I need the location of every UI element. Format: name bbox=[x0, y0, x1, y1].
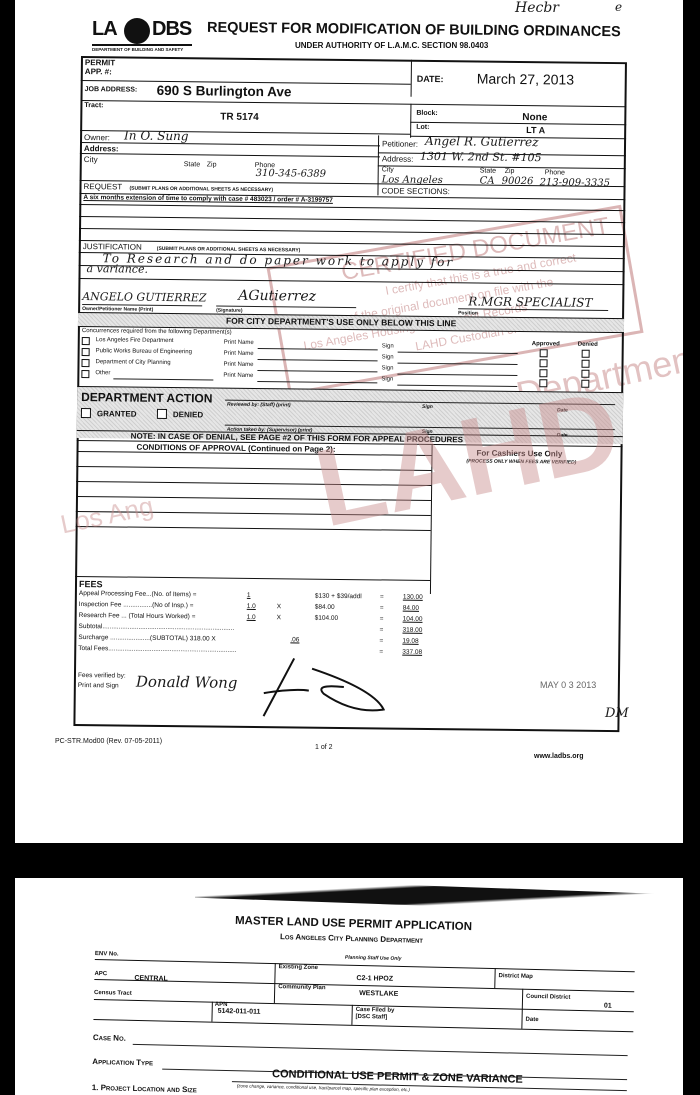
lot-label: Lot: bbox=[416, 124, 429, 131]
census-tract-label: Census Tract bbox=[94, 990, 132, 997]
case-no-label: Case No. bbox=[93, 1033, 126, 1043]
owner-zip-label: Zip bbox=[207, 161, 217, 168]
planning-department-subtitle: Los Angeles City Planning Department bbox=[280, 932, 423, 945]
denied-header: Denied bbox=[578, 342, 598, 348]
logo-la-text: LA bbox=[92, 18, 117, 41]
permit-label: PERMIT bbox=[85, 58, 115, 67]
fee-quantity[interactable]: .06 bbox=[290, 636, 299, 643]
verifier-signature-scrawl bbox=[254, 648, 395, 720]
code-sections-label: CODE SECTIONS: bbox=[381, 186, 450, 196]
job-address-label: JOB ADDRESS: bbox=[85, 86, 138, 94]
fee-rate: $130 + $39/addl bbox=[315, 593, 362, 601]
tract-label: Tract: bbox=[84, 102, 103, 109]
website-link[interactable]: www.ladbs.org bbox=[534, 753, 584, 760]
granted-checkbox[interactable] bbox=[81, 408, 91, 418]
denied-action-label: DENIED bbox=[173, 410, 203, 419]
fee-amount[interactable]: 130.00 bbox=[403, 594, 423, 601]
apc-label: APC bbox=[94, 971, 107, 977]
sign-label: Sign bbox=[382, 354, 394, 360]
justification-label: JUSTIFICATION bbox=[83, 242, 142, 252]
staff-only-label: Planning Staff Use Only bbox=[345, 955, 402, 962]
logo-subtitle: DEPARTMENT OF BUILDING AND SAFETY bbox=[92, 44, 192, 52]
date-label: DATE: bbox=[417, 74, 444, 84]
page-number: 1 of 2 bbox=[315, 744, 333, 751]
concurrence-checkbox[interactable] bbox=[82, 348, 90, 356]
city-seal-icon bbox=[124, 18, 150, 44]
owner-address-label: Address: bbox=[84, 144, 119, 153]
denied-checkbox[interactable] bbox=[581, 360, 589, 368]
request-label: REQUEST bbox=[83, 182, 122, 191]
print-name-label: Print Name bbox=[224, 340, 254, 346]
owner-city-label: City bbox=[84, 155, 98, 164]
petitioner-zip-label: Zip bbox=[505, 168, 515, 175]
fee-operator: X bbox=[277, 603, 281, 610]
fee-equals: = bbox=[380, 604, 384, 611]
fee-equals: = bbox=[379, 637, 383, 644]
lot-value[interactable]: LT A bbox=[526, 125, 545, 135]
petitioner-state-label: State bbox=[480, 168, 496, 175]
document-page-2: MASTER LAND USE PERMIT APPLICATION Los A… bbox=[15, 878, 683, 1095]
fee-label: Inspection Fee ................(No of In… bbox=[79, 601, 194, 609]
handwritten-mark: e bbox=[615, 0, 622, 14]
denied-checkbox[interactable] bbox=[582, 350, 590, 358]
district-map-label: District Map bbox=[498, 973, 532, 980]
section-1-heading: 1. Project Location and Size bbox=[92, 1083, 197, 1094]
sign-label: Sign bbox=[382, 343, 394, 349]
block-label: Block: bbox=[416, 110, 437, 117]
approved-checkbox[interactable] bbox=[539, 359, 547, 367]
department-action-label: DEPARTMENT ACTION bbox=[81, 390, 212, 405]
fees-verified-label: Fees verified by: bbox=[78, 672, 126, 680]
community-plan-value[interactable]: WESTLAKE bbox=[359, 990, 398, 998]
approved-checkbox[interactable] bbox=[540, 349, 548, 357]
scan-smear bbox=[195, 878, 675, 914]
department-name: Other bbox=[95, 370, 110, 376]
approved-header: Approved bbox=[532, 341, 560, 347]
denied-action-checkbox[interactable] bbox=[157, 409, 167, 419]
fees-verified-signature[interactable]: Donald Wong bbox=[136, 673, 238, 692]
document-page-1: Hecbr e LA DBS DEPARTMENT OF BUILDING AN… bbox=[15, 0, 683, 843]
owner-state-label: State bbox=[184, 161, 200, 168]
petitioner-phone-value[interactable]: 213-909-3335 bbox=[540, 177, 611, 189]
land-use-header-table: ENV No. Planning Staff Use Only Existing… bbox=[93, 951, 635, 1053]
fee-quantity[interactable]: 1 bbox=[247, 592, 251, 599]
logo-dbs-text: DBS bbox=[152, 18, 191, 41]
fee-quantity[interactable]: 1.0 bbox=[247, 614, 256, 621]
fees-title: FEES bbox=[79, 579, 103, 589]
date-value[interactable]: March 27, 2013 bbox=[477, 70, 574, 87]
fee-equals: = bbox=[379, 626, 383, 633]
owner-label: Owner: bbox=[84, 133, 110, 142]
form-subtitle: UNDER AUTHORITY OF L.A.M.C. SECTION 98.0… bbox=[295, 41, 488, 50]
handwritten-note: Hecbr bbox=[515, 0, 559, 16]
concurrence-checkbox[interactable] bbox=[82, 337, 90, 345]
fee-quantity[interactable]: 1.0 bbox=[247, 603, 256, 610]
fee-rate: $84.00 bbox=[315, 604, 335, 611]
owner-phone-value[interactable]: 310-345-6389 bbox=[256, 168, 327, 180]
petitioner-label: Petitioner: bbox=[382, 139, 418, 148]
signature-value[interactable]: AGutierrez bbox=[238, 288, 316, 305]
fee-equals: = bbox=[380, 615, 384, 622]
block-value[interactable]: None bbox=[522, 112, 547, 123]
received-date-stamp: MAY 0 3 2013 bbox=[540, 680, 596, 690]
reviewed-by-label: Reviewed by: (Staff) (print) bbox=[227, 402, 291, 409]
fee-amount[interactable]: 104.00 bbox=[403, 616, 423, 623]
petitioner-address-value[interactable]: 1301 W. 2nd St. #105 bbox=[420, 150, 542, 164]
existing-zone-value[interactable]: C2-1 HPOZ bbox=[356, 975, 393, 983]
owner-print-name-value[interactable]: ANGELO GUTIERREZ bbox=[82, 290, 206, 304]
ladbs-logo: LA DBS DEPARTMENT OF BUILDING AND SAFETY bbox=[92, 18, 207, 58]
council-district-label: Council District bbox=[526, 994, 570, 1001]
position-value[interactable]: R.MGR SPECIALIST bbox=[468, 294, 592, 309]
fee-equals: = bbox=[380, 593, 384, 600]
sign-label: Sign bbox=[381, 365, 393, 371]
date-label: Date bbox=[525, 1017, 538, 1023]
council-district-value[interactable]: 01 bbox=[604, 1003, 612, 1010]
tract-value[interactable]: TR 5174 bbox=[220, 112, 258, 123]
fee-amount[interactable]: 318.00 bbox=[402, 627, 422, 634]
fee-amount[interactable]: 19.08 bbox=[402, 638, 418, 645]
handwritten-initials: DM bbox=[605, 706, 629, 721]
application-type-label: Application Type bbox=[92, 1057, 153, 1067]
fee-label: Appeal Processing Fee...(No. of Items) = bbox=[79, 590, 197, 598]
petitioner-city-label: City bbox=[382, 166, 394, 173]
department-name: Public Works Bureau of Engineering bbox=[96, 348, 192, 355]
permit-app-label: APP. #: bbox=[85, 67, 112, 76]
print-sign-label: Print and Sign bbox=[78, 682, 119, 689]
fee-label: Research Fee ... (Total Hours Worked) = bbox=[79, 612, 196, 620]
petitioner-address-label: Address: bbox=[382, 154, 414, 163]
concurrence-checkbox[interactable] bbox=[81, 370, 89, 378]
apn-value[interactable]: 5142-011-011 bbox=[218, 1008, 261, 1016]
print-name-label: Print Name bbox=[223, 373, 253, 379]
petitioner-value[interactable]: Angel R. Gutierrez bbox=[425, 134, 539, 149]
owner-value[interactable]: In O. Sung bbox=[124, 128, 189, 143]
print-name-label: Print Name bbox=[224, 351, 254, 357]
fee-operator: X bbox=[277, 614, 281, 621]
concurrence-checkbox[interactable] bbox=[81, 359, 89, 367]
form-title: REQUEST FOR MODIFICATION OF BUILDING ORD… bbox=[207, 20, 621, 40]
env-label: ENV No. bbox=[95, 951, 119, 958]
case-filed-label: Case Filed by bbox=[356, 1007, 395, 1014]
department-name: Department of City Planning bbox=[95, 359, 170, 366]
petitioner-phone-label: Phone bbox=[545, 169, 565, 176]
case-filed-sub-label: [DSC Staff] bbox=[356, 1014, 388, 1021]
fee-rate: $104.00 bbox=[315, 615, 339, 622]
department-name: Los Angeles Fire Department bbox=[96, 337, 174, 344]
master-land-use-title: MASTER LAND USE PERMIT APPLICATION bbox=[235, 915, 472, 933]
community-plan-label: Community Plan bbox=[278, 984, 325, 991]
granted-label: GRANTED bbox=[97, 409, 137, 418]
existing-zone-label: Existing Zone bbox=[279, 964, 318, 971]
print-name-label: Print Name bbox=[223, 362, 253, 368]
fee-amount[interactable]: 84.00 bbox=[403, 605, 419, 612]
form-number: PC-STR.Mod00 (Rev. 07-05-2011) bbox=[55, 738, 162, 745]
sign-label: Sign bbox=[381, 376, 393, 382]
job-address-value[interactable]: 690 S Burlington Ave bbox=[157, 83, 292, 100]
fee-amount[interactable]: 337.08 bbox=[402, 649, 422, 656]
justification-line-2[interactable]: a variance. bbox=[87, 262, 149, 276]
